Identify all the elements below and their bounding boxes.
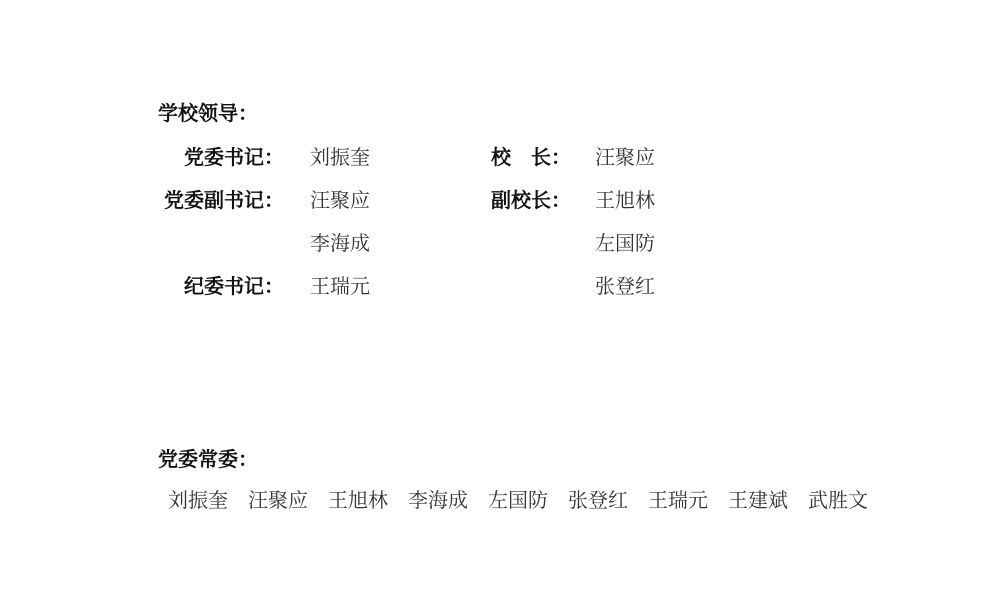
deputy-party-secretary-name-1: 汪聚应: [310, 184, 370, 213]
discipline-secretary-name: 王瑞元: [310, 270, 370, 299]
committee-member: 刘振奎: [168, 484, 228, 513]
vice-president-label: 副校长：: [491, 184, 571, 213]
president-label: 校 长：: [491, 141, 571, 170]
leadership-heading: 学校领导：: [158, 97, 258, 126]
committee-member: 王瑞元: [648, 484, 708, 513]
party-secretary-label: 党委书记：: [184, 141, 284, 170]
president-name: 汪聚应: [595, 141, 655, 170]
committee-member: 王旭林: [328, 484, 388, 513]
committee-member: 武胜文: [808, 484, 868, 513]
party-secretary-name: 刘振奎: [310, 141, 370, 170]
deputy-party-secretary-name-2: 李海成: [310, 227, 370, 256]
vice-president-name-2: 左国防: [595, 227, 655, 256]
committee-member: 汪聚应: [248, 484, 308, 513]
committee-member: 张登红: [568, 484, 628, 513]
committee-member: 李海成: [408, 484, 468, 513]
standing-committee-heading: 党委常委：: [158, 443, 258, 472]
vice-president-name-1: 王旭林: [595, 184, 655, 213]
standing-committee-members: 刘振奎 汪聚应 王旭林 李海成 左国防 张登红 王瑞元 王建斌 武胜文: [168, 484, 868, 513]
deputy-party-secretary-label: 党委副书记：: [164, 184, 284, 213]
vice-president-name-3: 张登红: [595, 270, 655, 299]
committee-member: 王建斌: [728, 484, 788, 513]
committee-member: 左国防: [488, 484, 548, 513]
discipline-secretary-label: 纪委书记：: [184, 270, 284, 299]
